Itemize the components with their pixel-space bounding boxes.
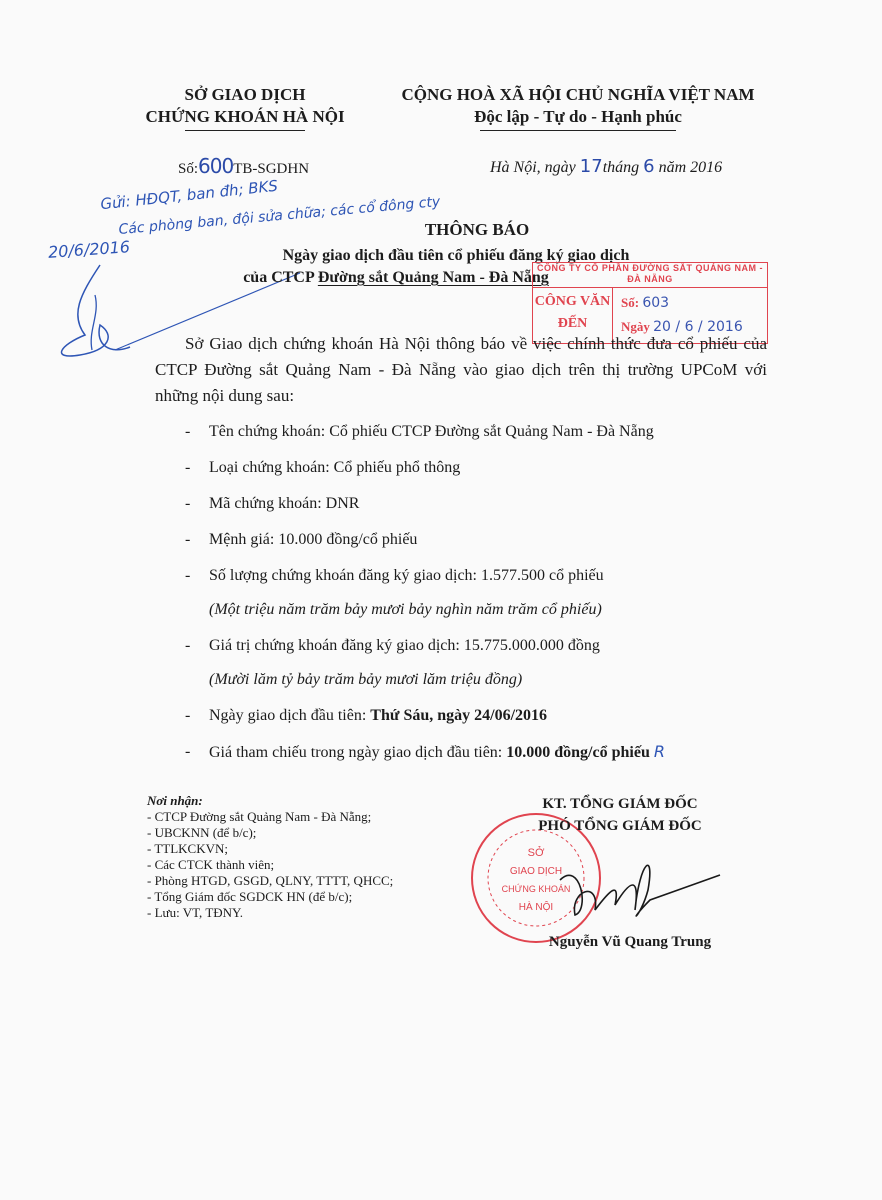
date-month: 6: [643, 156, 654, 177]
recipients-block: Nơi nhận: - CTCP Đường sắt Quảng Nam - Đ…: [147, 793, 393, 921]
issuer-line1: SỞ GIAO DỊCH: [185, 85, 306, 104]
signature-line2: PHÓ TỔNG GIÁM ĐỐC: [500, 815, 740, 837]
stamp-number-value: 603: [642, 295, 669, 311]
recipient-item: - Tổng Giám đốc SGDCK HN (để b/c);: [147, 889, 393, 905]
date-day: 17: [580, 156, 603, 177]
amount-in-words: (Mười lăm tỷ bảy trăm bảy mươi lăm triệu…: [209, 669, 785, 691]
stamp-company: CÔNG TY CỔ PHẦN ĐƯỜNG SẮT QUẢNG NAM - ĐÀ…: [533, 263, 767, 288]
recipient-item: - Các CTCK thành viên;: [147, 857, 393, 873]
date-month-label: tháng: [603, 159, 643, 176]
doc-no-handwritten: 600: [198, 154, 233, 178]
signature-stroke: [540, 850, 730, 930]
subtitle-company: Đường sắt Quảng Nam - Đà Nẵng: [318, 269, 549, 286]
list-item: -Ngày giao dịch đầu tiên: Thứ Sáu, ngày …: [185, 705, 785, 741]
issuer-line2: CHỨNG KHOÁN HÀ NỘI: [120, 106, 370, 128]
recipient-item: - CTCP Đường sắt Quảng Nam - Đà Nẵng;: [147, 809, 393, 825]
recipient-item: - UBCKNN (để b/c);: [147, 825, 393, 841]
list-item: -Giá tham chiếu trong ngày giao dịch đầu…: [185, 741, 785, 777]
body-paragraph: Sở Giao dịch chứng khoán Hà Nội thông bá…: [155, 331, 767, 409]
initials-mark: R: [654, 742, 665, 761]
recipients-heading: Nơi nhận:: [147, 793, 393, 809]
issuer-header: SỞ GIAO DỊCH CHỨNG KHOÁN HÀ NỘI: [120, 84, 370, 131]
details-list: -Tên chứng khoán: Cổ phiếu CTCP Đường sắ…: [185, 421, 785, 777]
document-number: Số:600TB-SGDHN: [178, 154, 309, 178]
recipient-item: - TTLKCKVN;: [147, 841, 393, 857]
amount-in-words: (Một triệu năm trăm bảy mươi bảy nghìn n…: [209, 599, 785, 621]
handwritten-note-line1: Gửi: HĐQT, ban đh; BKS: [100, 177, 279, 214]
doc-no-prefix: Số:: [178, 161, 198, 177]
date-place: Hà Nội, ngày: [490, 159, 580, 176]
list-item: -Loại chứng khoán: Cổ phiếu phổ thông: [185, 457, 785, 493]
issuer-underline: [185, 130, 305, 131]
document-title: THÔNG BÁO: [0, 220, 882, 240]
subtitle-prefix: của CTCP: [243, 269, 318, 286]
list-item: -Giá trị chứng khoán đăng ký giao dịch: …: [185, 635, 785, 705]
national-motto: Độc lập - Tự do - Hạnh phúc: [474, 107, 682, 126]
doc-no-suffix: TB-SGDHN: [233, 161, 309, 177]
signer-name: Nguyễn Vũ Quang Trung: [520, 934, 740, 951]
list-item: -Số lượng chứng khoán đăng ký giao dịch:…: [185, 565, 785, 635]
national-header: CỘNG HOÀ XÃ HỘI CHỦ NGHĨA VIỆT NAM Độc l…: [378, 84, 778, 131]
motto-underline: [480, 130, 676, 131]
recipient-item: - Lưu: VT, TĐNY.: [147, 905, 393, 921]
document-date: Hà Nội, ngày 17tháng 6 năm 2016: [490, 156, 722, 177]
signature-title: KT. TỔNG GIÁM ĐỐC PHÓ TỔNG GIÁM ĐỐC: [500, 793, 740, 837]
date-year: năm 2016: [655, 159, 723, 176]
list-item: -Mã chứng khoán: DNR: [185, 493, 785, 529]
signature-line1: KT. TỔNG GIÁM ĐỐC: [500, 793, 740, 815]
list-item: -Tên chứng khoán: Cổ phiếu CTCP Đường sắ…: [185, 421, 785, 457]
list-item: -Mệnh giá: 10.000 đồng/cổ phiếu: [185, 529, 785, 565]
stamp-number-label: Số:: [621, 295, 639, 310]
nation-name: CỘNG HOÀ XÃ HỘI CHỦ NGHĨA VIỆT NAM: [401, 85, 754, 104]
recipient-item: - Phòng HTGD, GSGD, QLNY, TTTT, QHCC;: [147, 873, 393, 889]
